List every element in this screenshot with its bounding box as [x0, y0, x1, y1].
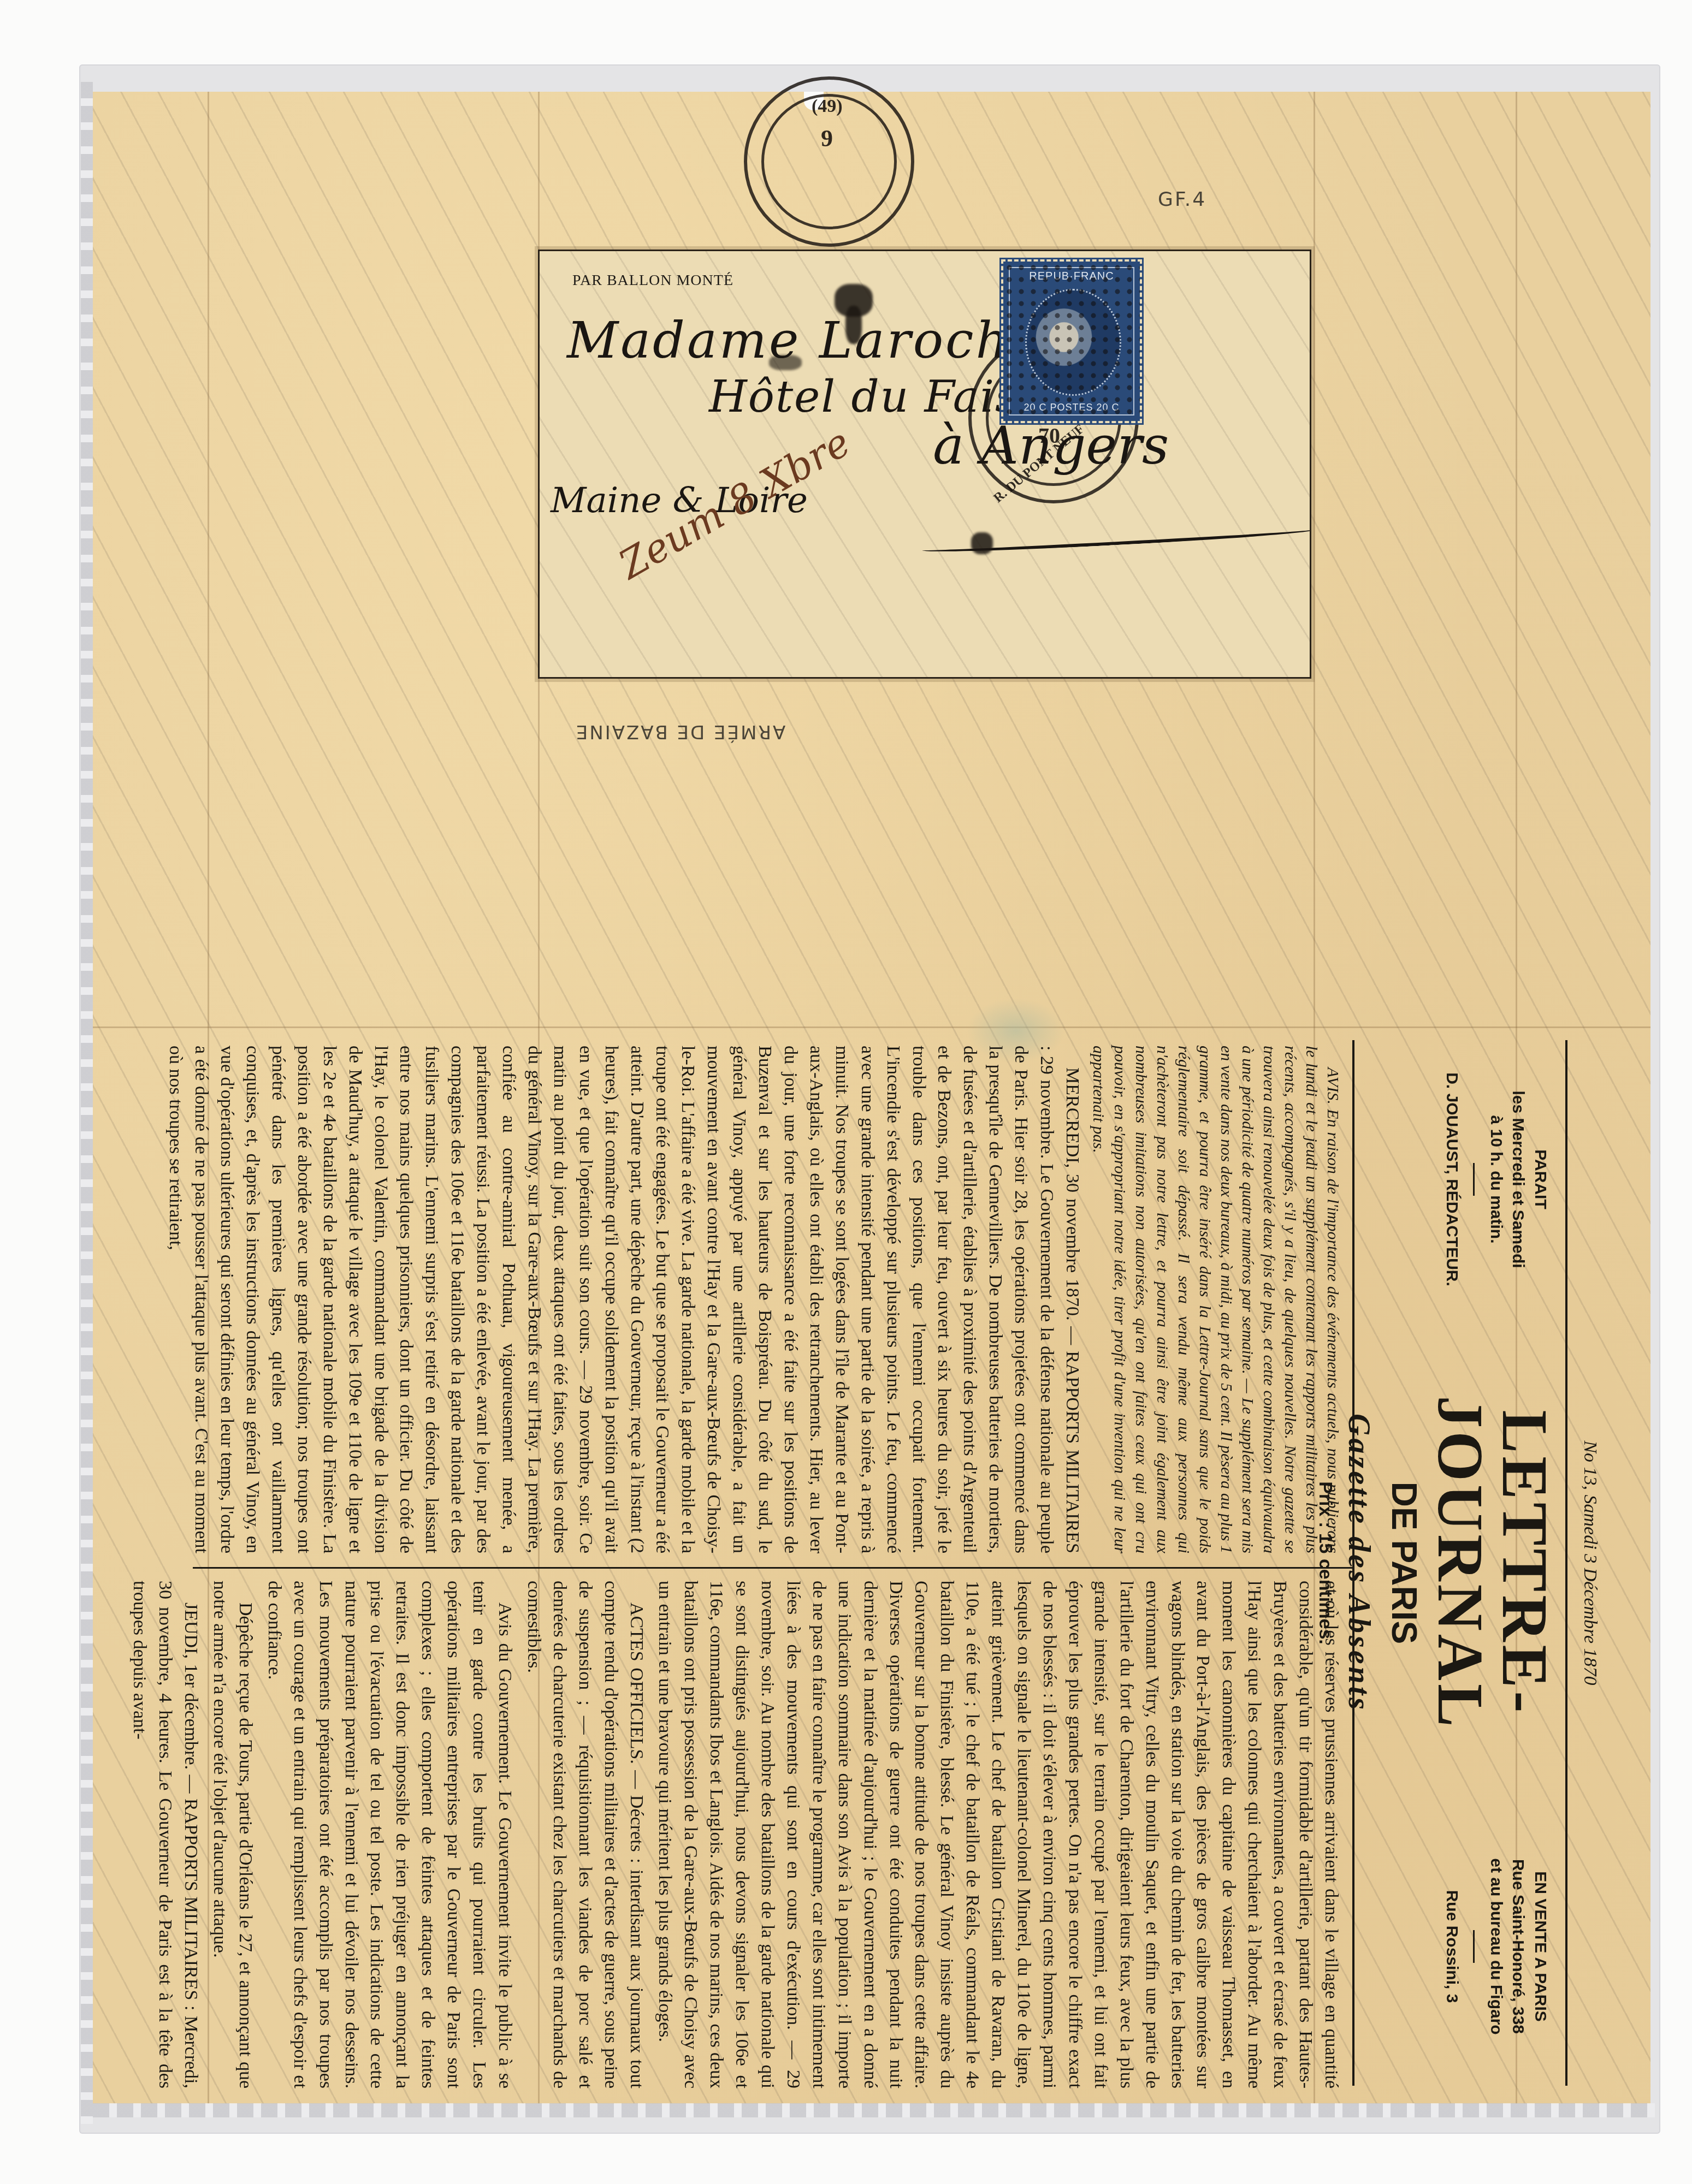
newspaper-column-1: AVIS. En raison de l'importance des évén…	[159, 1046, 1344, 1553]
masthead-left-line: les Mercredi et Samedi	[1507, 1051, 1529, 1308]
address-line-name: Madame Laroche	[567, 311, 1042, 370]
star-cancellation	[1003, 262, 1140, 421]
notice-paragraph: AVIS. En raison de l'importance des évén…	[1088, 1046, 1344, 1553]
masthead-publication-info: PARAIT les Mercredi et Samedi à 10 h. du…	[1441, 1051, 1552, 1308]
masthead-editor: D. JOUAUST, RÉDACTEUR.	[1441, 1051, 1463, 1308]
column-rule	[193, 1567, 1354, 1569]
article-paragraph: MERCREDI, 30 novembre 1870. — RAPPORTS M…	[162, 1046, 1085, 1553]
article-paragraph: et où les réserves prussiennes arrivaien…	[652, 1581, 1344, 2088]
masthead-left-line: à 10 h. du matin.	[1485, 1051, 1507, 1308]
rule	[1474, 1930, 1475, 1963]
masthead-right-line: et au bureau du Figaro	[1485, 1818, 1507, 2075]
masthead-right-line: Rue Rossini, 3	[1441, 1818, 1463, 2075]
sleeve-perforation-bottom	[93, 2103, 1655, 2117]
masthead-right-line: EN VENTE A PARIS	[1529, 1818, 1552, 2075]
masthead-right-line: Rue Saint-Honoré, 338	[1507, 1818, 1529, 2075]
masthead-title-block: LETTRE-JOURNAL DE PARIS Gazette des Abse…	[1315, 1313, 1557, 1813]
newspaper-gazette: Gazette des Absents	[1341, 1313, 1376, 1813]
masthead-sales-info: EN VENTE A PARIS Rue Saint-Honoré, 338 e…	[1441, 1818, 1552, 2075]
newspaper-subtitle: DE PARIS	[1384, 1313, 1424, 1813]
postage-stamp-ceres-20c: REPUB·FRANC 20 C POSTES 20 C	[1001, 259, 1142, 423]
rule	[1474, 1163, 1475, 1196]
article-paragraph: Dépêche reçue de Tours, partie d'Orléans…	[206, 1581, 258, 2088]
postmark-top-day: 9	[821, 124, 833, 152]
fold-line	[93, 1026, 1650, 1028]
pencil-note-corner: GF.4	[1158, 188, 1206, 211]
postmark-top: (49) 9	[744, 76, 914, 247]
pencil-note-upside-down: ARMÉE DE BAZAINE	[538, 721, 822, 743]
newspaper-title: LETTRE-JOURNAL	[1428, 1313, 1557, 1813]
article-paragraph: Avis du Gouvernement. Le Gouvernement in…	[261, 1581, 517, 2088]
newspaper-column-2: et où les réserves prussiennes arrivaien…	[123, 1581, 1344, 2088]
article-paragraph: ACTES OFFICIELS. — Décrets : interdisant…	[520, 1581, 649, 2088]
issue-line: No 13, Samedi 3 Décembre 1870	[1579, 1029, 1600, 2097]
lettre-journal-newspaper: No 13, Samedi 3 Décembre 1870 PARAIT les…	[182, 1029, 1617, 2097]
rule	[1565, 1040, 1567, 2086]
sleeve-perforation-left	[81, 82, 93, 2124]
postmark-top-code: (49)	[812, 96, 843, 117]
article-paragraph: JEUDI, 1er décembre. — RAPPORTS MILITAIR…	[126, 1581, 203, 2088]
newspaper-page: No 13, Samedi 3 Décembre 1870 PARAIT les…	[182, 1029, 1617, 2097]
envelope-address-panel: PAR BALLON MONTÉ Madame Laroche Hôtel du…	[538, 250, 1311, 679]
rule	[1352, 1040, 1354, 2086]
ink-blot	[971, 532, 993, 554]
masthead-left-line: PARAIT	[1529, 1051, 1552, 1308]
printed-heading: PAR BALLON MONTÉ	[572, 272, 733, 289]
